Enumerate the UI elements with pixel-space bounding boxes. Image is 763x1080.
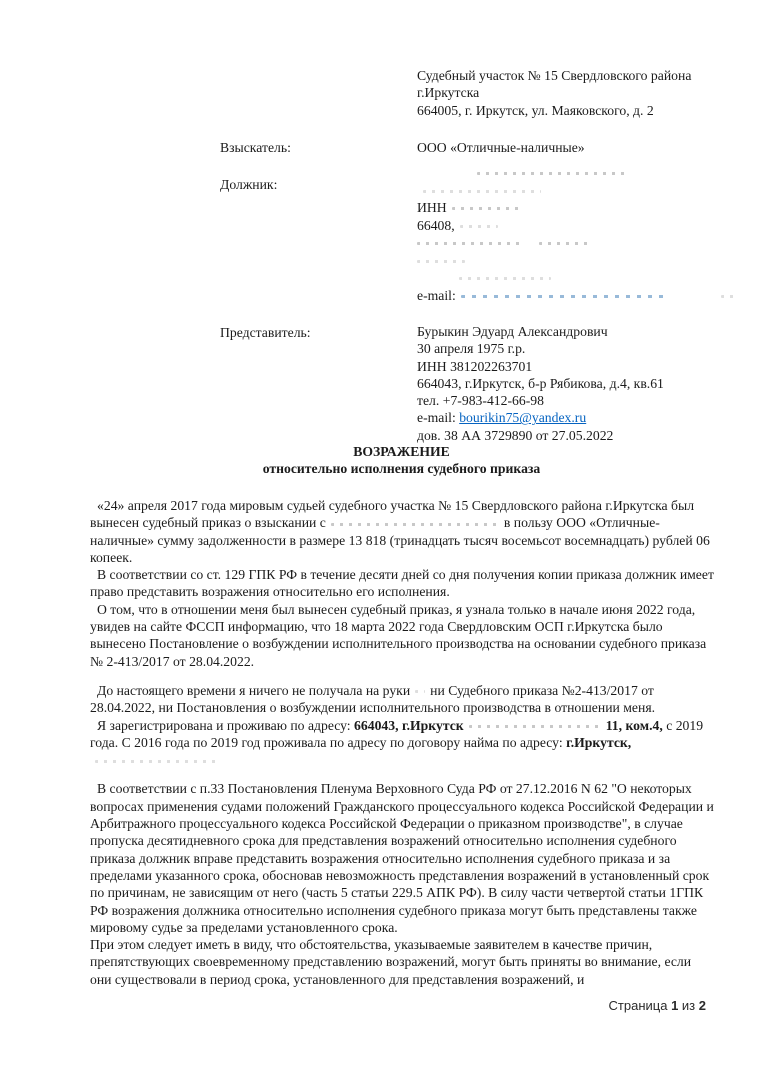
claimant-label: Взыскатель: — [220, 139, 400, 156]
registration-house-number: 11, — [606, 718, 622, 733]
representative-power-of-attorney: дов. 38 АА 3729890 от 27.05.2022 — [417, 427, 752, 444]
representative-info-block: Бурыкин Эдуард Александрович 30 апреля 1… — [417, 323, 752, 444]
redaction-trace — [460, 225, 498, 228]
representative-name: Бурыкин Эдуард Александрович — [417, 323, 752, 340]
redaction-trace-street — [469, 725, 601, 728]
debtor-email-label: e-mail: — [417, 288, 456, 303]
footer-page-label: Страница — [609, 998, 672, 1013]
redaction-trace — [459, 277, 551, 280]
debtor-birth-redacted — [417, 182, 752, 200]
redaction-trace — [417, 242, 525, 245]
paragraph-not-received-start: До настоящего времени я ничего не получа… — [97, 683, 410, 698]
paragraph-gpk-129: В соответствии со ст. 129 ГПК РФ в течен… — [90, 566, 715, 601]
debtor-inn-label: ИНН — [417, 200, 447, 215]
representative-birthdate: 30 апреля 1975 г.р. — [417, 340, 752, 357]
registration-postal-city: 664043, г.Иркутск — [354, 718, 464, 733]
debtor-address2-redacted — [417, 252, 752, 270]
debtor-address-redacted — [417, 234, 752, 252]
redaction-trace — [539, 242, 591, 245]
redaction-trace — [423, 190, 541, 193]
document-title: ВОЗРАЖЕНИЕ — [90, 443, 713, 460]
redaction-trace-debtor-name — [331, 523, 499, 526]
legal-document-page: Судебный участок № 15 Свердловского райо… — [0, 0, 763, 1080]
redaction-trace — [477, 172, 627, 175]
registration-intro: Я зарегистрирована и проживаю по адресу: — [97, 718, 354, 733]
redaction-trace-dash — [415, 690, 425, 693]
debtor-address3-redacted — [417, 269, 752, 287]
footer-total-pages: 2 — [699, 998, 706, 1013]
representative-phone: тел. +7-983-412-66-98 — [417, 392, 752, 409]
court-name-line: Судебный участок № 15 Свердловского райо… — [417, 67, 747, 84]
document-body: «24» апреля 2017 года мировым судьей суд… — [90, 497, 715, 988]
paragraph-plenum-62: В соответствии с п.33 Постановления Плен… — [90, 780, 715, 936]
document-title-block: ВОЗРАЖЕНИЕ относительно исполнения судеб… — [90, 443, 713, 478]
previous-address-city: г.Иркутск, — [566, 735, 631, 750]
representative-email-link[interactable]: bourikin75@yandex.ru — [459, 410, 586, 425]
redaction-trace-previous-address — [95, 760, 217, 763]
debtor-postal-line: 66408, — [417, 217, 752, 235]
redaction-trace — [417, 260, 465, 263]
registration-room: ком.4, — [622, 718, 663, 733]
representative-label: Представитель: — [220, 324, 400, 341]
claimant-value: ООО «Отличные-наличные» — [417, 139, 752, 156]
debtor-postal-fragment: 66408, — [417, 218, 455, 233]
redaction-trace — [452, 207, 524, 210]
debtor-name-redacted — [417, 164, 752, 182]
debtor-info-block: ИНН 66408, e-mail: — [417, 164, 752, 304]
debtor-inn-line: ИНН — [417, 199, 752, 217]
redaction-trace-email — [461, 295, 666, 298]
court-city-line: г.Иркутска — [417, 84, 747, 101]
representative-inn: ИНН 381202263701 — [417, 358, 752, 375]
paragraph-court-order: «24» апреля 2017 года мировым судьей суд… — [90, 497, 715, 566]
footer-of-label: из — [678, 998, 698, 1013]
court-street-line: 664005, г. Иркутск, ул. Маяковского, д. … — [417, 102, 747, 119]
redaction-trace — [721, 295, 737, 298]
court-address-block: Судебный участок № 15 Свердловского райо… — [417, 67, 747, 119]
paragraph-fssp-info: О том, что в отношении меня был вынесен … — [90, 601, 715, 670]
debtor-label: Должник: — [220, 176, 400, 193]
page-footer: Страница 1 из 2 — [609, 997, 706, 1014]
paragraph-not-received: До настоящего времени я ничего не получа… — [90, 682, 715, 717]
paragraph-registration-address: Я зарегистрирована и проживаю по адресу:… — [90, 717, 715, 769]
representative-email-line: e-mail: bourikin75@yandex.ru — [417, 409, 752, 426]
document-subtitle: относительно исполнения судебного приказ… — [90, 460, 713, 477]
representative-email-label: e-mail: — [417, 410, 459, 425]
representative-address: 664043, г.Иркутск, б-р Рябикова, д.4, кв… — [417, 375, 752, 392]
paragraph-circumstances: При этом следует иметь в виду, что обсто… — [90, 936, 715, 988]
debtor-email-line: e-mail: — [417, 287, 752, 305]
